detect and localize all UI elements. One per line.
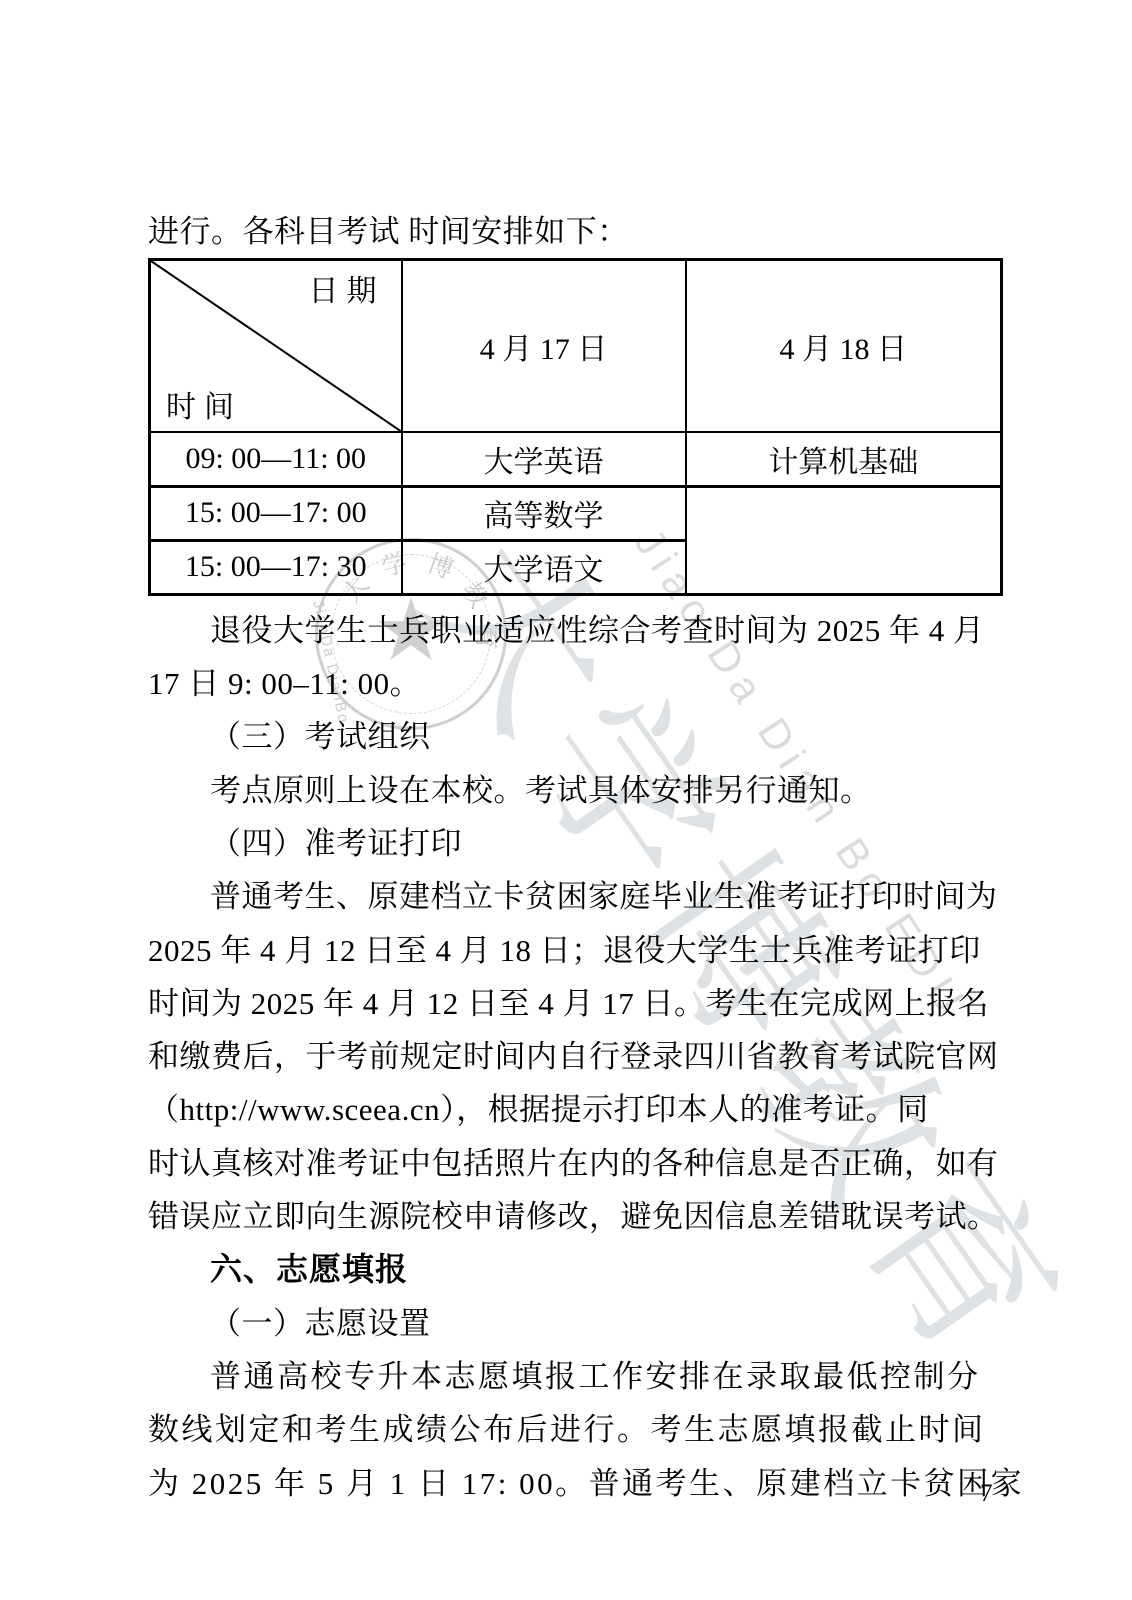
body-line: 普通考生、原建档立卡贫困家庭毕业生准考证打印时间为 bbox=[148, 870, 1000, 923]
body-line: 17 日 9: 00–11: 00。 bbox=[148, 657, 1000, 710]
body-line: （http://www.sceea.cn），根据提示打印本人的准考证。同 bbox=[148, 1083, 1000, 1136]
column-header-apr18: 4 月 18 日 bbox=[686, 260, 1002, 433]
body-text: 退役大学生士兵职业适应性综合考查时间为 2025 年 4 月 17 日 9: 0… bbox=[148, 604, 1000, 1510]
body-line: 错误应立即向生源院校申请修改，避免因信息差错耽误考试。 bbox=[148, 1190, 1000, 1243]
sub-heading: （四）准考证打印 bbox=[148, 817, 1000, 870]
body-line: 考点原则上设在本校。考试具体安排另行通知。 bbox=[148, 764, 1000, 817]
merged-empty-cell bbox=[686, 486, 1002, 594]
table-row: 15: 00—17: 00 高等数学 bbox=[150, 486, 1002, 540]
column-header-apr17: 4 月 17 日 bbox=[402, 260, 686, 433]
intro-line: 进行。各科目考试 时间安排如下： bbox=[148, 205, 1000, 258]
body-line: 时认真核对准考证中包括照片在内的各种信息是否正确，如有 bbox=[148, 1137, 1000, 1190]
body-line: 时间为 2025 年 4 月 12 日至 4 月 17 日。考生在完成网上报名 bbox=[148, 977, 1000, 1030]
body-line: 和缴费后，于考前规定时间内自行登录四川省教育考试院官网 bbox=[148, 1030, 1000, 1083]
sub-heading: （一）志愿设置 bbox=[148, 1297, 1000, 1350]
exam-schedule-table: 日期 时间 4 月 17 日 4 月 18 日 09: 00—11: 00 大学… bbox=[148, 258, 1003, 596]
subject-cell: 计算机基础 bbox=[686, 432, 1002, 486]
corner-label-date: 日期 bbox=[309, 266, 385, 310]
body-line: 2025 年 4 月 12 日至 4 月 18 日；退役大学生士兵准考证打印 bbox=[148, 924, 1000, 977]
section-heading: 六、志愿填报 bbox=[148, 1243, 1000, 1296]
subject-cell: 大学英语 bbox=[402, 432, 686, 486]
table-row: 09: 00—11: 00 大学英语 计算机基础 bbox=[150, 432, 1002, 486]
subject-cell: 大学语文 bbox=[402, 540, 686, 594]
document-page: ★ 大 学 博 教 育 JiaoDa DianBo 大学博教育 Jiao Da … bbox=[0, 0, 1132, 1600]
body-line: 退役大学生士兵职业适应性综合考查时间为 2025 年 4 月 bbox=[148, 604, 1000, 657]
time-cell: 09: 00—11: 00 bbox=[150, 432, 402, 486]
body-line: 为 2025 年 5 月 1 日 17: 00。普通考生、原建档立卡贫困家 bbox=[148, 1457, 1000, 1510]
body-line: 普通高校专升本志愿填报工作安排在录取最低控制分 bbox=[148, 1350, 1000, 1403]
sub-heading: （三）考试组织 bbox=[148, 710, 1000, 763]
time-cell: 15: 00—17: 00 bbox=[150, 486, 402, 540]
corner-cell: 日期 时间 bbox=[150, 260, 402, 433]
page-number: 7 bbox=[980, 1480, 993, 1508]
document-content: 进行。各科目考试 时间安排如下： 日期 时间 4 月 17 日 4 月 18 日 bbox=[148, 205, 1000, 1510]
time-cell: 15: 00—17: 30 bbox=[150, 540, 402, 594]
corner-label-time: 时间 bbox=[166, 382, 242, 426]
subject-cell: 高等数学 bbox=[402, 486, 686, 540]
table-header-row: 日期 时间 4 月 17 日 4 月 18 日 bbox=[150, 260, 1002, 433]
body-line: 数线划定和考生成绩公布后进行。考生志愿填报截止时间 bbox=[148, 1403, 1000, 1456]
